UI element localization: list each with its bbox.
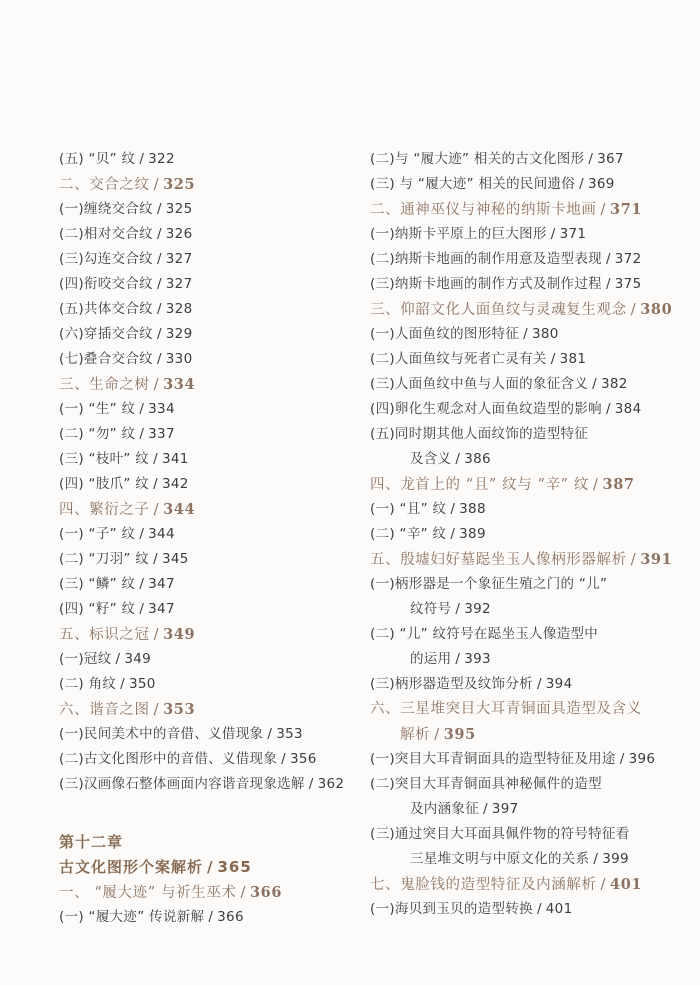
toc-separator: / <box>309 776 314 792</box>
toc-entry-text: 二、交合之纹 <box>59 177 150 193</box>
toc-section-heading: 二、通神巫仪与神秘的纳斯卡地画/371 <box>370 197 698 222</box>
toc-page-number: 394 <box>546 676 573 692</box>
toc-entry-text: 七、鬼脸钱的造型特征及内涵解析 <box>370 877 597 893</box>
toc-separator: / <box>153 451 158 467</box>
toc-entry-text: (七)叠合交合纹 <box>59 351 153 367</box>
toc-entry-text: 六、三星堆突目大耳青铜面具造型及含义 <box>370 701 642 717</box>
toc-page-number: 353 <box>276 726 303 742</box>
toc-entry: (二)突目大耳青铜面具神秘佩件的造型 <box>370 772 698 797</box>
toc-separator: / <box>157 301 162 317</box>
toc-entry: (一) “子” 纹/344 <box>59 522 365 547</box>
toc-entry-text: 六、谐音之图 <box>59 702 150 718</box>
toc-entry: (一)冠纹/349 <box>59 647 365 672</box>
toc-page-number: 341 <box>162 451 189 467</box>
toc-separator: / <box>483 801 488 817</box>
toc-page-number: 371 <box>610 201 642 218</box>
toc-page-number: 401 <box>546 901 573 917</box>
toc-entry: (一)海贝到玉贝的造型转换/401 <box>370 897 698 922</box>
toc-separator: / <box>154 702 160 718</box>
toc-entry: (七)叠合交合纹/330 <box>59 347 365 372</box>
toc-entry: (四) “肢爪” 纹/342 <box>59 472 365 497</box>
toc-section-gap <box>59 797 365 830</box>
toc-entry-text: 五、殷墟妇好墓跽坐玉人像柄形器解析 <box>370 552 627 568</box>
toc-separator: / <box>120 676 125 692</box>
toc-page-number: 334 <box>148 401 175 417</box>
toc-page-number: 381 <box>560 351 587 367</box>
toc-entry-text: 三、仰韶文化人面鱼纹与灵魂复生观念 <box>370 302 627 318</box>
toc-separator: / <box>139 151 144 167</box>
toc-page-number: 344 <box>163 501 195 518</box>
toc-entry: (二) “刀羽” 纹/345 <box>59 547 365 572</box>
toc-entry: (三) “鳞” 纹/347 <box>59 572 365 597</box>
toc-entry: (三) 与 “履大迹” 相关的民间遗俗/369 <box>370 172 698 197</box>
toc-entry: (一) “且” 纹/388 <box>370 497 698 522</box>
toc-section-heading: 二、交合之纹/325 <box>59 172 365 197</box>
toc-entry: (四)衔咬交合纹/327 <box>59 272 365 297</box>
toc-page-number: 337 <box>148 426 175 442</box>
toc-entry-text: (二) 角纹 <box>59 676 116 692</box>
toc-entry-text: (三) “枝叶” 纹 <box>59 451 149 467</box>
toc-entry-text: 二、通神巫仪与神秘的纳斯卡地画 <box>370 202 597 218</box>
toc-chapter-heading: 第十二章 <box>59 830 365 855</box>
toc-separator: / <box>139 526 144 542</box>
toc-separator: / <box>450 501 455 517</box>
toc-separator: / <box>620 751 625 767</box>
toc-entry-text: 一、 “履大迹” 与祈生巫术 <box>59 885 236 901</box>
toc-entry-text: (三)人面鱼纹中鱼与人面的象征含义 <box>370 376 588 392</box>
toc-separator: / <box>601 877 607 893</box>
toc-entry-continuation: 的运用/393 <box>370 647 698 672</box>
toc-entry-text: (三)通过突目大耳面具佩件物的符号特征看 <box>370 826 630 842</box>
toc-separator: / <box>154 502 160 518</box>
toc-entry: (二)相对交合纹/326 <box>59 222 365 247</box>
toc-entry: (一)突目大耳青铜面具的造型特征及用途/396 <box>370 747 698 772</box>
toc-entry-text: (一) “履大迹” 传说新解 <box>59 909 204 925</box>
toc-entry-text: (一)突目大耳青铜面具的造型特征及用途 <box>370 751 616 767</box>
toc-separator: / <box>139 426 144 442</box>
toc-page-number: 395 <box>444 726 476 743</box>
toc-entry: (二) “辛” 纹/389 <box>370 522 698 547</box>
toc-entry-continuation: 及内涵象征/397 <box>370 797 698 822</box>
toc-separator: / <box>606 276 611 292</box>
toc-page-number: 366 <box>250 884 282 901</box>
toc-entry-text: (三) 与 “履大迹” 相关的民间遗俗 <box>370 176 575 192</box>
toc-page-number: 327 <box>166 276 193 292</box>
toc-separator: / <box>606 401 611 417</box>
toc-entry: (二)人面鱼纹与死者亡灵有关/381 <box>370 347 698 372</box>
toc-page-number: 387 <box>603 476 635 493</box>
toc-page-number: 328 <box>166 301 193 317</box>
toc-page-number: 382 <box>601 376 628 392</box>
toc-separator: / <box>588 151 593 167</box>
toc-separator: / <box>154 627 160 643</box>
toc-section-heading: 四、繁衍之子/344 <box>59 497 365 522</box>
toc-entry-text: 的运用 <box>410 651 451 667</box>
toc-entry-text: (二)突目大耳青铜面具神秘佩件的造型 <box>370 776 602 792</box>
toc-entry-text: (二)纳斯卡地画的制作用意及造型表现 <box>370 251 602 267</box>
toc-page-number: 371 <box>560 226 587 242</box>
toc-entry-text: (四) “籽” 纹 <box>59 601 135 617</box>
toc-entry-text: (二) “辛” 纹 <box>370 526 446 542</box>
toc-entry-text: 古文化图形个案解析 <box>59 858 203 876</box>
toc-entry-text: 三星堆文明与中原文化的关系 <box>410 851 589 867</box>
toc-separator: / <box>579 176 584 192</box>
toc-separator: / <box>537 901 542 917</box>
toc-column-right: (二)与 “履大迹” 相关的古文化图形/367(三) 与 “履大迹” 相关的民间… <box>370 147 698 922</box>
toc-separator: / <box>537 676 542 692</box>
toc-entry: (三)柄形器造型及纹饰分析/394 <box>370 672 698 697</box>
toc-entry: (三) “枝叶” 纹/341 <box>59 447 365 472</box>
toc-separator: / <box>551 351 556 367</box>
toc-entry-text: (二) “刀羽” 纹 <box>59 551 149 567</box>
toc-separator: / <box>207 858 213 876</box>
toc-entry-continuation: 纹符号/392 <box>370 597 698 622</box>
toc-entry-text: (一)海贝到玉贝的造型转换 <box>370 901 533 917</box>
toc-separator: / <box>154 177 160 193</box>
toc-page-number: 344 <box>148 526 175 542</box>
toc-page-number: 330 <box>166 351 193 367</box>
toc-separator: / <box>240 885 246 901</box>
toc-page-number: 386 <box>464 451 491 467</box>
toc-separator: / <box>116 651 121 667</box>
toc-entry-text: (一) “且” 纹 <box>370 501 446 517</box>
toc-page-number: 356 <box>290 751 317 767</box>
toc-entry-text: (二) “儿” 纹符号在跽坐玉人像造型中 <box>370 626 598 642</box>
toc-entry-text: 四、繁衍之子 <box>59 502 150 518</box>
toc-separator: / <box>139 401 144 417</box>
toc-entry: (一)纳斯卡平原上的巨大图形/371 <box>370 222 698 247</box>
toc-entry-text: 三、生命之树 <box>59 377 150 393</box>
toc-entry-text: (一)民间美术中的音借、义借现象 <box>59 726 263 742</box>
toc-page-number: 393 <box>464 651 491 667</box>
toc-entry: (三)汉画像石整体画面内容谐音现象选解/362 <box>59 772 365 797</box>
toc-page-number: 389 <box>459 526 486 542</box>
toc-entry-text: 解析 <box>400 727 430 743</box>
toc-separator: / <box>157 326 162 342</box>
toc-entry: (四)卵化生观念对人面鱼纹造型的影响/384 <box>370 397 698 422</box>
toc-separator: / <box>455 451 460 467</box>
toc-entry-text: (四) “肢爪” 纹 <box>59 476 149 492</box>
toc-entry-text: (一)缠绕交合纹 <box>59 201 153 217</box>
toc-page-number: 367 <box>597 151 624 167</box>
toc-separator: / <box>208 909 213 925</box>
toc-column-left: (五) “贝” 纹/322二、交合之纹/325(一)缠绕交合纹/325(二)相对… <box>59 147 365 930</box>
toc-page-number: 349 <box>124 651 151 667</box>
toc-entry-text: 及含义 <box>410 451 451 467</box>
toc-entry-text: (二)与 “履大迹” 相关的古文化图形 <box>370 151 584 167</box>
toc-entry-text: (三) “鳞” 纹 <box>59 576 135 592</box>
toc-entry-text: 第十二章 <box>59 833 123 851</box>
toc-page-number: 329 <box>166 326 193 342</box>
toc-page-number: 369 <box>588 176 615 192</box>
toc-page-number: 349 <box>163 626 195 643</box>
toc-separator: / <box>601 202 607 218</box>
toc-separator: / <box>455 651 460 667</box>
toc-page-number: 391 <box>640 551 672 568</box>
toc-section-heading-continuation: 解析/395 <box>370 722 698 747</box>
toc-entry-text: (一)人面鱼纹的图形特征 <box>370 326 519 342</box>
toc-entry-text: (三)勾连交合纹 <box>59 251 153 267</box>
toc-entry-text: (一) “生” 纹 <box>59 401 135 417</box>
toc-page-number: 380 <box>640 301 672 318</box>
toc-section-heading: 三、生命之树/334 <box>59 372 365 397</box>
toc-separator: / <box>450 526 455 542</box>
toc-separator: / <box>551 226 556 242</box>
toc-entry: (一)缠绕交合纹/325 <box>59 197 365 222</box>
toc-entry-text: 及内涵象征 <box>410 801 479 817</box>
toc-entry-text: (五) “贝” 纹 <box>59 151 135 167</box>
toc-separator: / <box>631 552 637 568</box>
toc-entry: (三)勾连交合纹/327 <box>59 247 365 272</box>
toc-entry: (六)穿插交合纹/329 <box>59 322 365 347</box>
toc-page-number: 347 <box>148 601 175 617</box>
toc-page-number: 325 <box>166 201 193 217</box>
toc-page-number: 325 <box>163 176 195 193</box>
toc-section-heading: 六、谐音之图/353 <box>59 697 365 722</box>
toc-entry-text: (二) “勿” 纹 <box>59 426 135 442</box>
toc-entry-text: (三)纳斯卡地画的制作方式及制作过程 <box>370 276 602 292</box>
toc-separator: / <box>153 551 158 567</box>
toc-separator: / <box>157 251 162 267</box>
toc-page-number: 322 <box>148 151 175 167</box>
toc-page-number: 384 <box>615 401 642 417</box>
toc-section-heading: 五、标识之冠/349 <box>59 622 365 647</box>
toc-separator: / <box>157 226 162 242</box>
toc-page-number: 375 <box>615 276 642 292</box>
toc-entry-text: (三)柄形器造型及纹饰分析 <box>370 676 533 692</box>
toc-entry: (一)柄形器是一个象征生殖之门的 “儿” <box>370 572 698 597</box>
toc-entry-text: (一)冠纹 <box>59 651 112 667</box>
toc-entry: (二)古文化图形中的音借、义借现象/356 <box>59 747 365 772</box>
toc-entry-text: 纹符号 <box>410 601 451 617</box>
toc-entry-text: (五)同时期其他人面纹饰的造型特征 <box>370 426 588 442</box>
toc-entry-text: 四、龙首上的 “且” 纹与 “辛” 纹 <box>370 477 589 493</box>
toc-page-number: 326 <box>166 226 193 242</box>
toc-page-number: 345 <box>162 551 189 567</box>
toc-chapter-heading: 古文化图形个案解析/365 <box>59 855 365 880</box>
toc-page-number: 366 <box>217 909 244 925</box>
toc-page-number: 401 <box>610 876 642 893</box>
toc-separator: / <box>139 576 144 592</box>
toc-section-heading: 六、三星堆突目大耳青铜面具造型及含义 <box>370 697 698 722</box>
book-toc-page: (五) “贝” 纹/322二、交合之纹/325(一)缠绕交合纹/325(二)相对… <box>0 0 700 985</box>
toc-entry: (五)同时期其他人面纹饰的造型特征 <box>370 422 698 447</box>
toc-separator: / <box>139 601 144 617</box>
toc-page-number: 399 <box>602 851 629 867</box>
toc-section-heading: 七、鬼脸钱的造型特征及内涵解析/401 <box>370 872 698 897</box>
toc-entry-continuation: 三星堆文明与中原文化的关系/399 <box>370 847 698 872</box>
toc-entry: (五) “贝” 纹/322 <box>59 147 365 172</box>
toc-separator: / <box>606 251 611 267</box>
toc-entry: (三)通过突目大耳面具佩件物的符号特征看 <box>370 822 698 847</box>
toc-page-number: 362 <box>318 776 345 792</box>
toc-separator: / <box>157 201 162 217</box>
toc-entry-text: (二)相对交合纹 <box>59 226 153 242</box>
toc-separator: / <box>593 477 599 493</box>
toc-entry: (一)人面鱼纹的图形特征/380 <box>370 322 698 347</box>
toc-separator: / <box>267 726 272 742</box>
toc-separator: / <box>154 377 160 393</box>
toc-page-number: 353 <box>163 701 195 718</box>
toc-entry: (二)与 “履大迹” 相关的古文化图形/367 <box>370 147 698 172</box>
toc-page-number: 334 <box>163 376 195 393</box>
toc-entry: (一) “履大迹” 传说新解/366 <box>59 905 365 930</box>
toc-separator: / <box>593 851 598 867</box>
toc-page-number: 388 <box>459 501 486 517</box>
toc-separator: / <box>455 601 460 617</box>
toc-entry-text: (六)穿插交合纹 <box>59 326 153 342</box>
toc-separator: / <box>631 302 637 318</box>
toc-entry: (三)人面鱼纹中鱼与人面的象征含义/382 <box>370 372 698 397</box>
toc-entry-continuation: 及含义/386 <box>370 447 698 472</box>
toc-entry: (二)纳斯卡地画的制作用意及造型表现/372 <box>370 247 698 272</box>
toc-entry: (五)共体交合纹/328 <box>59 297 365 322</box>
toc-page-number: 347 <box>148 576 175 592</box>
toc-entry-text: (一)纳斯卡平原上的巨大图形 <box>370 226 547 242</box>
toc-entry-text: (二)人面鱼纹与死者亡灵有关 <box>370 351 547 367</box>
toc-separator: / <box>153 476 158 492</box>
toc-separator: / <box>157 276 162 292</box>
toc-entry-text: 五、标识之冠 <box>59 627 150 643</box>
toc-section-heading: 三、仰韶文化人面鱼纹与灵魂复生观念/380 <box>370 297 698 322</box>
toc-page-number: 392 <box>464 601 491 617</box>
toc-entry-text: (一)柄形器是一个象征生殖之门的 “儿” <box>370 576 607 592</box>
toc-section-heading: 四、龙首上的 “且” 纹与 “辛” 纹/387 <box>370 472 698 497</box>
toc-entry-text: (二)古文化图形中的音借、义借现象 <box>59 751 277 767</box>
toc-separator: / <box>157 351 162 367</box>
toc-page-number: 350 <box>129 676 156 692</box>
toc-page-number: 396 <box>629 751 656 767</box>
toc-page-number: 327 <box>166 251 193 267</box>
toc-section-heading: 五、殷墟妇好墓跽坐玉人像柄形器解析/391 <box>370 547 698 572</box>
toc-section-heading: 一、 “履大迹” 与祈生巫术/366 <box>59 880 365 905</box>
toc-entry: (四) “籽” 纹/347 <box>59 597 365 622</box>
toc-separator: / <box>592 376 597 392</box>
toc-page-number: 342 <box>162 476 189 492</box>
toc-entry: (一)民间美术中的音借、义借现象/353 <box>59 722 365 747</box>
toc-separator: / <box>434 727 440 743</box>
toc-page-number: 365 <box>218 858 252 876</box>
toc-entry-text: (四)卵化生观念对人面鱼纹造型的影响 <box>370 401 602 417</box>
toc-entry-text: (三)汉画像石整体画面内容谐音现象选解 <box>59 776 305 792</box>
toc-page-number: 397 <box>492 801 519 817</box>
toc-separator: / <box>523 326 528 342</box>
toc-entry-text: (四)衔咬交合纹 <box>59 276 153 292</box>
toc-separator: / <box>281 751 286 767</box>
toc-page-number: 372 <box>615 251 642 267</box>
toc-entry: (二) “勿” 纹/337 <box>59 422 365 447</box>
toc-entry-text: (一) “子” 纹 <box>59 526 135 542</box>
toc-entry: (二) 角纹/350 <box>59 672 365 697</box>
toc-entry: (二) “儿” 纹符号在跽坐玉人像造型中 <box>370 622 698 647</box>
toc-page-number: 380 <box>532 326 559 342</box>
toc-entry-text: (五)共体交合纹 <box>59 301 153 317</box>
toc-entry: (三)纳斯卡地画的制作方式及制作过程/375 <box>370 272 698 297</box>
toc-entry: (一) “生” 纹/334 <box>59 397 365 422</box>
